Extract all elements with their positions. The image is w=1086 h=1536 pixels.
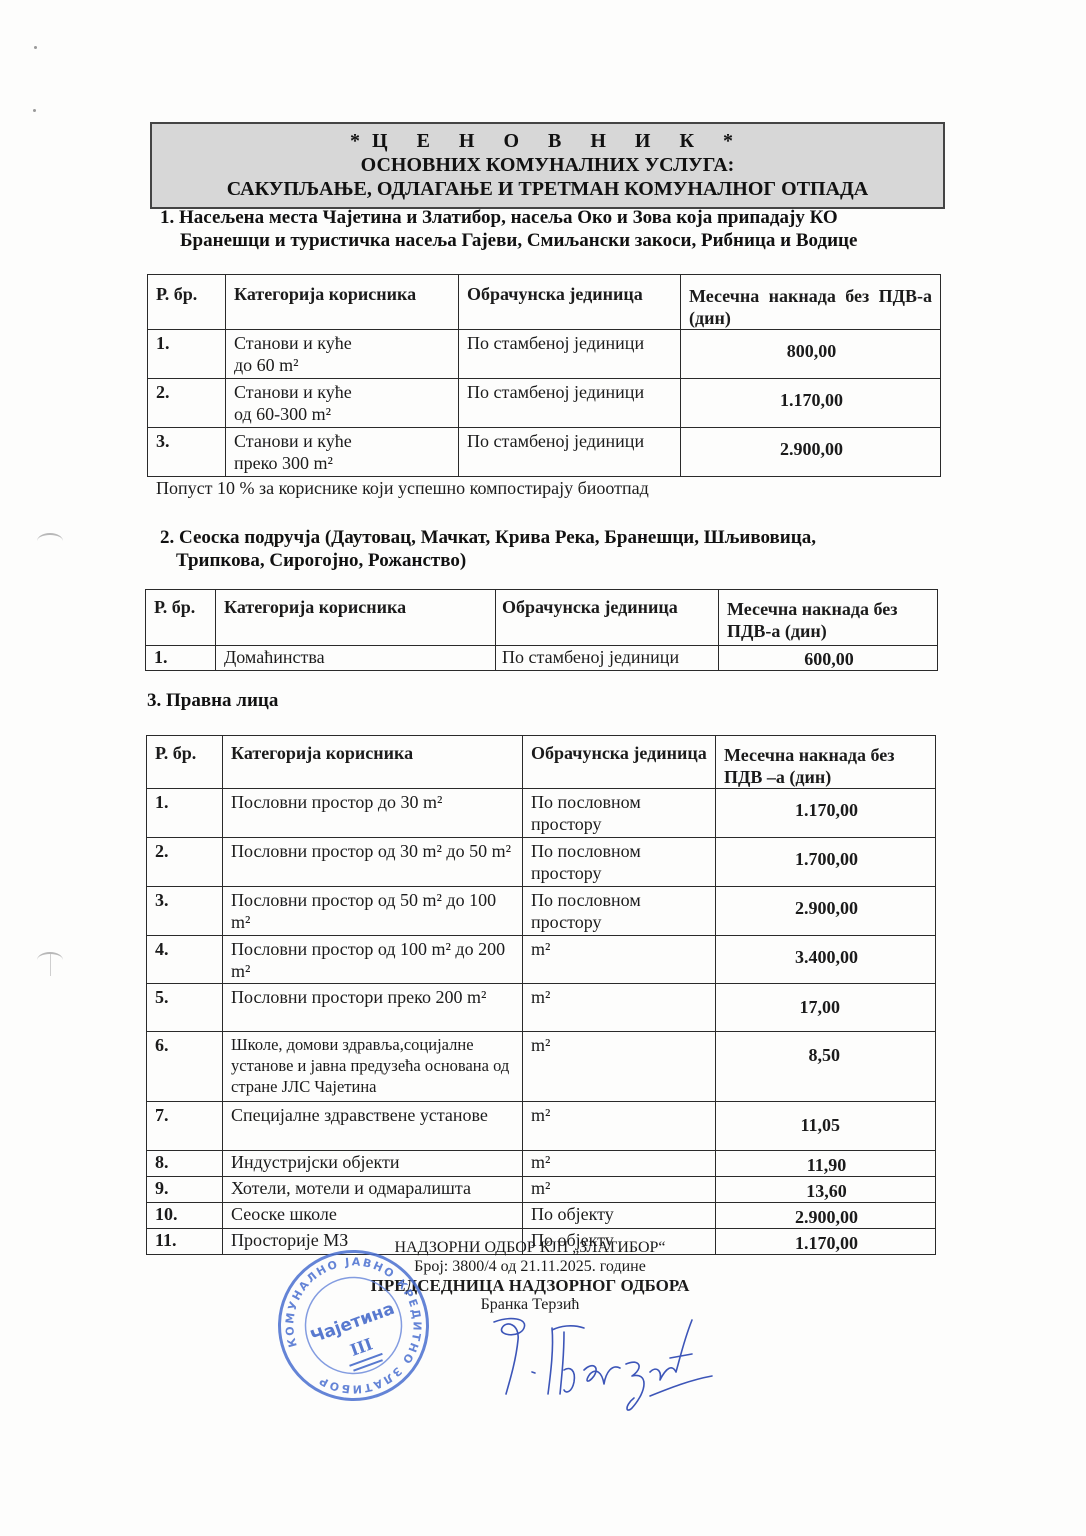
document-subtitle: САКУПЉАЊЕ, ОДЛАГАЊЕ И ТРЕТМАН КОМУНАЛНОГ… [152,177,943,201]
table-row: 10.Сеоске школеПо објекту2.900,00 [147,1203,936,1229]
scan-mark [34,46,37,49]
punch-hole-mark [37,952,63,968]
column-header: Категорија корисника [223,736,523,789]
discount-note: Попуст 10 % за кориснике који успешно ко… [156,477,649,499]
section-3-title: 3. Правна лица [147,689,278,712]
column-header: Категорија корисника [226,275,459,330]
table-row: 3.Пословни простор од 50 m² до 100 m²По … [147,887,936,936]
table-header-row: Р. бр. Категорија корисника Обрачунска ј… [147,736,936,789]
punch-hole-mark [37,533,63,549]
scan-mark [33,109,36,112]
table-row: 2. Станови и кућеод 60-300 m² По стамбен… [148,379,941,428]
column-header: Р. бр. [148,275,226,330]
column-header: Р. бр. [146,590,216,646]
table-header-row: Р. бр. Категорија корисника Обрачунска ј… [148,275,941,330]
table-row: 7.Специјалне здравствене установеm²11,05 [147,1102,936,1151]
table-row: 3. Станови и кућепреко 300 m² По стамбен… [148,428,941,477]
column-header: Обрачунска јединица [496,590,719,646]
legal-entities-price-table: Р. бр. Категорија корисника Обрачунска ј… [146,735,936,1255]
table-row: 1.Пословни простор до 30 m²По пословном … [147,789,936,838]
table-row: 4.Пословни простор од 100 m² до 200 m²m²… [147,936,936,984]
handwritten-signature-icon [480,1310,720,1420]
table-row: 1. Станови и кућедо 60 m² По стамбеној ј… [148,330,941,379]
column-header: Месечна накнада без ПДВ-а (дин) [719,590,938,646]
table-row: 5.Пословни простори преко 200 m²m²17,00 [147,984,936,1032]
svg-text:III: III [348,1334,376,1360]
column-header: Р. бр. [147,736,223,789]
column-header: Обрачунска јединица [523,736,716,789]
column-header: Месечна накнада без ПДВ-а (дин) [681,275,941,330]
column-header: Обрачунска јединица [459,275,681,330]
table-row: 1. Домаћинства По стамбеној јединици 600… [146,646,938,671]
price-list-header: *Ц Е Н О В Н И К * ОСНОВНИХ КОМУНАЛНИХ У… [150,122,945,209]
table-row: 6.Школе, домови здравља,социјалне устано… [147,1032,936,1102]
section-2-title: 2. Сеоска подручја (Даутовац, Мачкат, Кр… [160,526,816,572]
residential-price-table: Р. бр. Категорија корисника Обрачунска ј… [147,274,941,477]
table-row: 2.Пословни простор од 30 m² до 50 m²По п… [147,838,936,887]
column-header: Категорија корисника [216,590,496,646]
column-header: Месечна накнада без ПДВ –а (дин) [716,736,936,789]
section-1-title: 1. Насељена места Чајетина и Златибор, н… [160,206,857,252]
rural-price-table: Р. бр. Категорија корисника Обрачунска ј… [145,589,938,671]
document-subtitle: ОСНОВНИХ КОМУНАЛНИХ УСЛУГА: [152,153,943,177]
table-row: 8.Индустријски објектиm²11,90 [147,1151,936,1177]
table-row: 9.Хотели, мотели и одмаралиштаm²13,60 [147,1177,936,1203]
table-header-row: Р. бр. Категорија корисника Обрачунска ј… [146,590,938,646]
document-title: *Ц Е Н О В Н И К * [152,129,943,153]
official-stamp-icon: КОМУНАЛНО ЈАВНО КРЕДИТНО ЗЛАТИБОР Чајети… [276,1248,431,1403]
